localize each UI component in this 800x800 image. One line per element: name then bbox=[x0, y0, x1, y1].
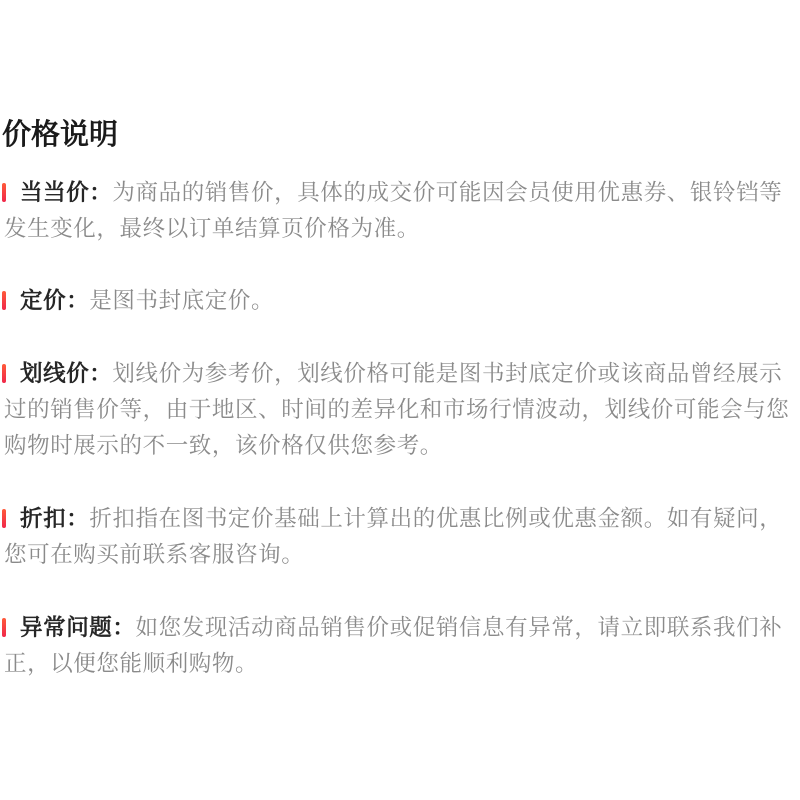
price-section-dangdang-price: 当当价：为商品的销售价，具体的成交价可能因会员使用优惠券、银铃铛等发生变化，最终… bbox=[4, 175, 796, 247]
section-text: 为商品的销售价，具体的成交价可能因会员使用优惠券、银铃铛等发生变化，最终以订单结… bbox=[4, 180, 782, 242]
red-bar-marker-icon bbox=[2, 509, 6, 528]
red-bar-marker-icon bbox=[2, 364, 6, 383]
section-label: 异常问题： bbox=[20, 615, 136, 641]
price-section-list-price: 定价：是图书封底定价。 bbox=[4, 283, 796, 319]
red-bar-marker-icon bbox=[2, 291, 6, 310]
page-title: 价格说明 bbox=[2, 114, 118, 154]
section-label: 定价： bbox=[20, 288, 89, 314]
price-section-abnormal-issues: 异常问题：如您发现活动商品销售价或促销信息有异常，请立即联系我们补正，以便您能顺… bbox=[4, 610, 796, 682]
section-text: 是图书封底定价。 bbox=[89, 288, 274, 314]
price-section-strikethrough-price: 划线价：划线价为参考价，划线价格可能是图书封底定价或该商品曾经展示过的销售价等，… bbox=[4, 356, 796, 464]
red-bar-marker-icon bbox=[2, 183, 6, 202]
section-text: 划线价为参考价，划线价格可能是图书封底定价或该商品曾经展示过的销售价等，由于地区… bbox=[4, 361, 789, 459]
section-label: 折扣： bbox=[20, 506, 89, 532]
price-section-discount: 折扣：折扣指在图书定价基础上计算出的优惠比例或优惠金额。如有疑问，您可在购买前联… bbox=[4, 501, 796, 573]
section-label: 当当价： bbox=[20, 180, 112, 206]
red-bar-marker-icon bbox=[2, 618, 6, 637]
section-text: 折扣指在图书定价基础上计算出的优惠比例或优惠金额。如有疑问，您可在购买前联系客服… bbox=[4, 506, 782, 568]
section-label: 划线价： bbox=[20, 361, 112, 387]
